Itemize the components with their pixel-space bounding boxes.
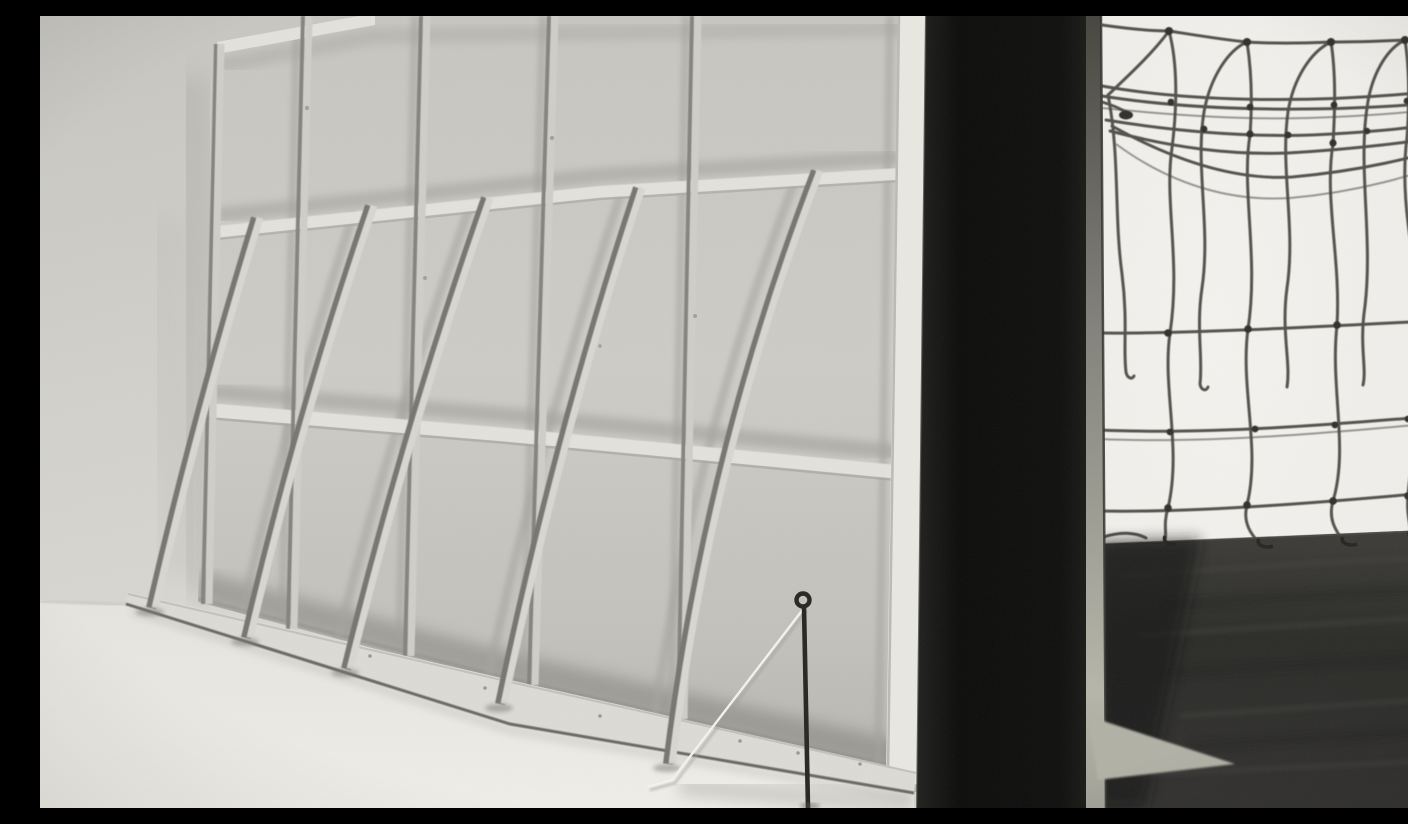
photo-scene — [40, 16, 1408, 808]
installation-photograph — [40, 16, 1408, 808]
vignette-overlay — [40, 16, 1408, 808]
